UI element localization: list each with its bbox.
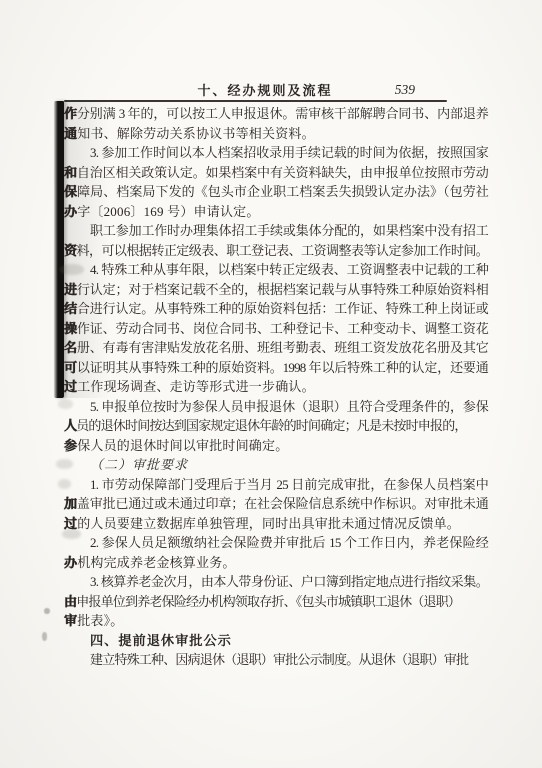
text-line: 4. 特殊工种从事年限，以档案中转正定级表、工资调整表中记载的工种: [64, 260, 488, 280]
text-line: 办字〔2006〕169 号）申请认定。: [64, 202, 488, 222]
text-line: 3. 核算养老金次月，由本人带身份证、户口簿到指定地点进行指纹采集。: [64, 572, 488, 592]
text-line: 名册、有毒有害津贴发放花名册、班组考勤表、班组工资发放花名册及其它: [64, 338, 488, 358]
text-line: 由申报单位到养老保险经办机构领取存折、《包头市城镇职工退休（退职）: [64, 592, 488, 612]
page-number: 539: [370, 82, 415, 98]
text-line: 办机构完成养老金核算业务。: [64, 553, 488, 573]
text-line: 职工参加工作时办理集体招工手续或集体分配的，如果档案中没有招工: [64, 221, 488, 241]
text-line: 2. 参保人员足额缴纳社会保险费并审批后 15 个工作日内，养老保险经: [64, 533, 488, 553]
text-line: 5. 申报单位按时为参保人员申报退休（退职）且符合受理条件的，参保: [64, 397, 488, 417]
text-line: 1. 市劳动保障部门受理后于当月 25 日前完成审批，在参保人员档案中: [64, 475, 488, 495]
text-line: 过工作现场调查、走访等形式进一步确认。: [64, 377, 488, 397]
text-line: 通知书、解除劳动关系协议书等相关资料。: [64, 124, 488, 144]
text-line: 审批表》。: [64, 611, 488, 631]
text-block: 作分别满 3 年的，可以按工人申报退休。需审核干部解聘合同书、内部退养通知书、解…: [64, 104, 488, 670]
text-line: 资料，可以根据转正定级表、职工登记表、工资调整表等认定参加工作时间。: [64, 241, 488, 261]
text-line: 3. 参加工作时间以本人档案招收录用手续记载的时间为依据，按照国家: [64, 143, 488, 163]
text-line: 和自治区相关政策认定。如果档案中有关资料缺失，由申报单位按照市劳动: [64, 163, 488, 183]
text-line: 四、提前退休审批公示: [64, 631, 488, 651]
text-line: 人员的退休时间按达到国家规定退休年龄的时间确定；凡是未按时申报的，: [64, 416, 488, 436]
text-line: 可以证明其从事特殊工种的原始资料。1998 年以后特殊工种的认定，还要通: [64, 358, 488, 378]
text-line: 参保人员的退休时间以审批时间确定。: [64, 436, 488, 456]
scan-smudge: [44, 608, 50, 614]
text-line: 结合进行认定。从事特殊工种的原始资料包括：工作证、特殊工种上岗证或: [64, 299, 488, 319]
text-line: 加盖审批已通过或未通过印章；在社会保险信息系统中作标识。对审批未通: [64, 494, 488, 514]
text-line: 过的人员要建立数据库单独管理，同时出具审批未通过情况反馈单。: [64, 514, 488, 534]
text-line: 作分别满 3 年的，可以按工人申报退休。需审核干部解聘合同书、内部退养: [64, 104, 488, 124]
text-line: 建立特殊工种、因病退休（退职）审批公示制度。从退休（退职）审批: [64, 650, 488, 670]
binding-shadow: [54, 101, 64, 398]
scan-smudge: [42, 632, 47, 641]
header-rule: [64, 100, 447, 102]
scanned-page: 十、经办规则及流程 539 作分别满 3 年的，可以按工人申报退休。需审核干部解…: [0, 0, 542, 768]
text-line: 操作证、劳动合同书、岗位合同书、工种登记卡、工种变动卡、调整工资花: [64, 319, 488, 339]
text-line: 保障局、档案局下发的《包头市企业职工档案丢失损毁认定办法》（包劳社: [64, 182, 488, 202]
text-line: 进行认定；对于档案记载不全的，根据档案记载与从事特殊工种原始资料相: [64, 280, 488, 300]
text-line: （二）审批要求: [64, 455, 488, 475]
